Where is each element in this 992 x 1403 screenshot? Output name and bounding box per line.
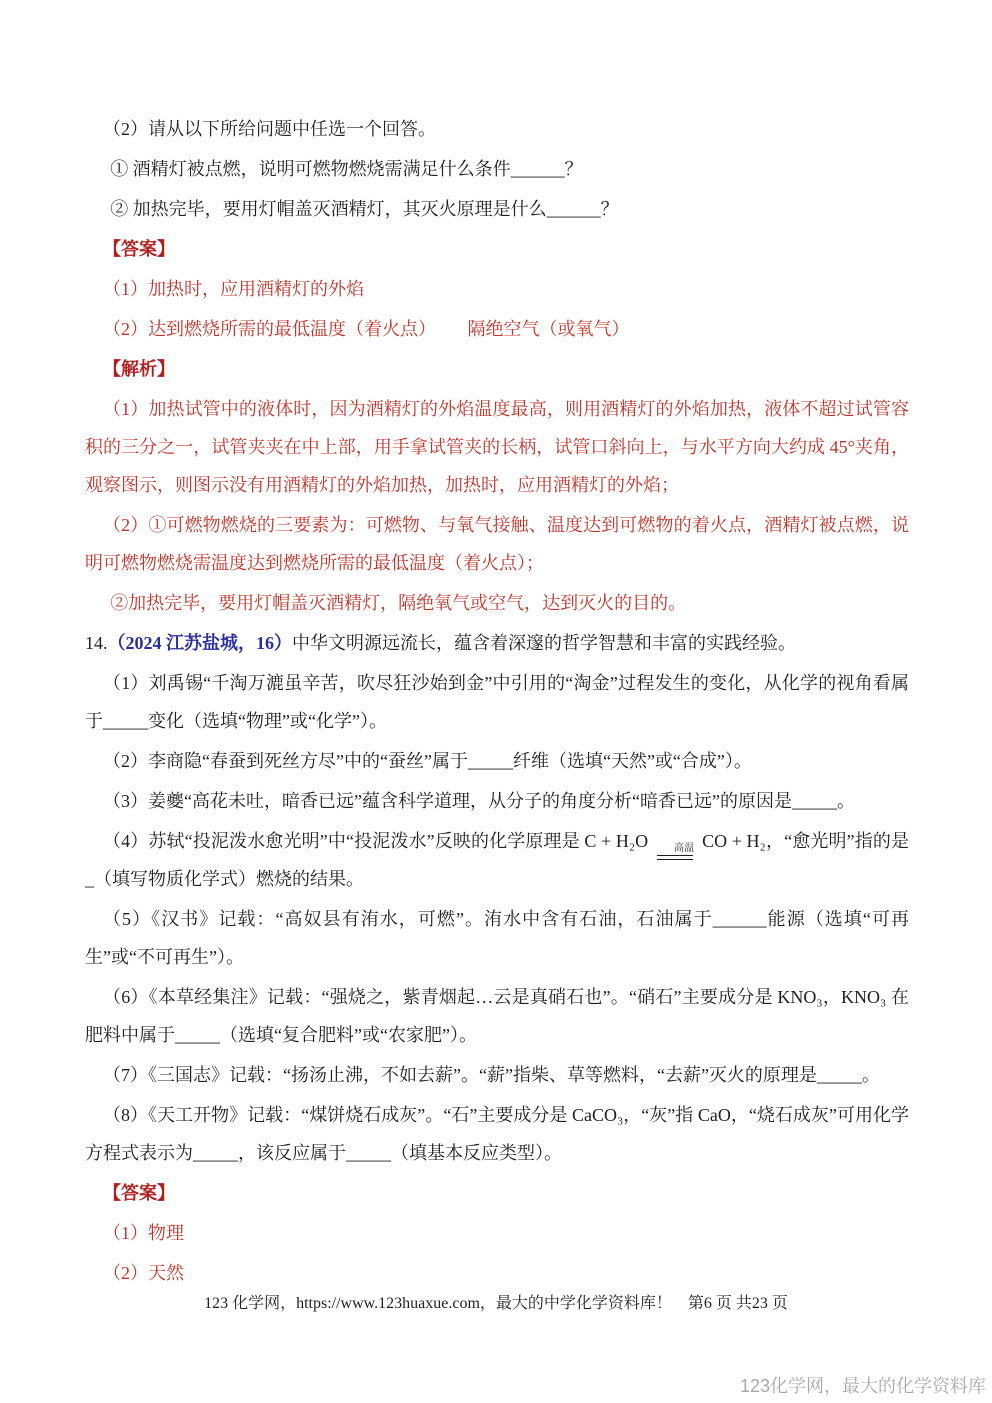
q14-item-7: （7）《三国志》记载：“扬汤止沸，不如去薪”。“薪”指柴、草等燃料，“去薪”灭火… xyxy=(85,1056,909,1094)
q13-answer-1: （1）加热时，应用酒精灯的外焰 xyxy=(85,270,909,308)
q14-item-6: （6）《本草经集注》记载：“强烧之，紫青烟起…云是真硝石也”。“硝石”主要成分是… xyxy=(85,978,909,1054)
q14-item-1: （1）刘禹锡“千淘万漉虽辛苦，吹尽狂沙始到金”中引用的“淘金”过程发生的变化，从… xyxy=(85,664,909,740)
question-source-tag: （2024 江苏盐城，16） xyxy=(108,633,293,653)
q14-item-2: （2）李商隐“春蚕到死丝方尽”中的“蚕丝”属于_____纤维（选填“天然”或“合… xyxy=(85,742,909,780)
q14-item-4-pre: （4）苏轼“投泥泼水愈光明”中“投泥泼水”反映的化学原理是 C + H₂O xyxy=(103,831,648,851)
site-watermark: 123化学网，最大的化学资料库 xyxy=(740,1372,986,1398)
q13-sub-question-1: ① 酒精灯被点燃，说明可燃物燃烧需满足什么条件______？ xyxy=(85,150,909,188)
q14-item-5: （5）《汉书》记载：“高奴县有洧水，可燃”。洧水中含有石油，石油属于______… xyxy=(85,900,909,976)
q14-answer-section: 【答案】 xyxy=(85,1174,909,1212)
reaction-condition: 高温 xyxy=(656,843,694,860)
q14-answer-2: （2）天然 xyxy=(85,1254,909,1292)
q13-sub-question-2: ② 加热完毕，要用灯帽盖灭酒精灯，其灭火原理是什么______？ xyxy=(85,190,909,228)
q14-item-3: （3）姜夔“高花未吐，暗香已远”蕴含科学道理，从分子的角度分析“暗香已远”的原因… xyxy=(85,782,909,820)
q13-analysis-3: ②加热完毕，要用灯帽盖灭酒精灯，隔绝氧气或空气，达到灭火的目的。 xyxy=(85,584,909,622)
q14-item-4: （4）苏轼“投泥泼水愈光明”中“投泥泼水”反映的化学原理是 C + H₂O高温C… xyxy=(85,822,909,898)
question-number: 14. xyxy=(85,633,108,653)
question-intro: 中华文明源远流长，蕴含着深邃的哲学智慧和丰富的实践经验。 xyxy=(292,633,796,653)
analysis-label: 【解析】 xyxy=(103,359,175,379)
q13-analysis-1: （1）加热试管中的液体时，因为酒精灯的外焰温度最高，则用酒精灯的外焰加热，液体不… xyxy=(85,390,909,504)
answer-label: 【答案】 xyxy=(103,1183,175,1203)
answer-label: 【答案】 xyxy=(103,239,175,259)
q13-analysis-section: 【解析】 xyxy=(85,350,909,388)
q14-answer-1: （1）物理 xyxy=(85,1214,909,1252)
q13-answer-section: 【答案】 xyxy=(85,230,909,268)
reaction-condition-text: 高温 xyxy=(656,843,694,854)
q13-part2-prompt: （2）请从以下所给问题中任选一个回答。 xyxy=(85,110,909,148)
page-footer: 123 化学网，https://www.123huaxue.com，最大的中学化… xyxy=(0,1290,992,1313)
q14-item-8: （8）《天工开物》记载：“煤饼烧石成灰”。“石”主要成分是 CaCO₃，“灰”指… xyxy=(85,1096,909,1172)
document-page: （2）请从以下所给问题中任选一个回答。 ① 酒精灯被点燃，说明可燃物燃烧需满足什… xyxy=(0,0,992,1403)
document-body: （2）请从以下所给问题中任选一个回答。 ① 酒精灯被点燃，说明可燃物燃烧需满足什… xyxy=(85,110,909,1294)
q13-analysis-2: （2）①可燃物燃烧的三要素为：可燃物、与氧气接触、温度达到可燃物的着火点，酒精灯… xyxy=(85,506,909,582)
q14-heading: 14.（2024 江苏盐城，16）中华文明源远流长，蕴含着深邃的哲学智慧和丰富的… xyxy=(85,624,909,662)
equation-double-line xyxy=(657,855,693,860)
q13-answer-2: （2）达到燃烧所需的最低温度（着火点） 隔绝空气（或氧气） xyxy=(85,310,909,348)
